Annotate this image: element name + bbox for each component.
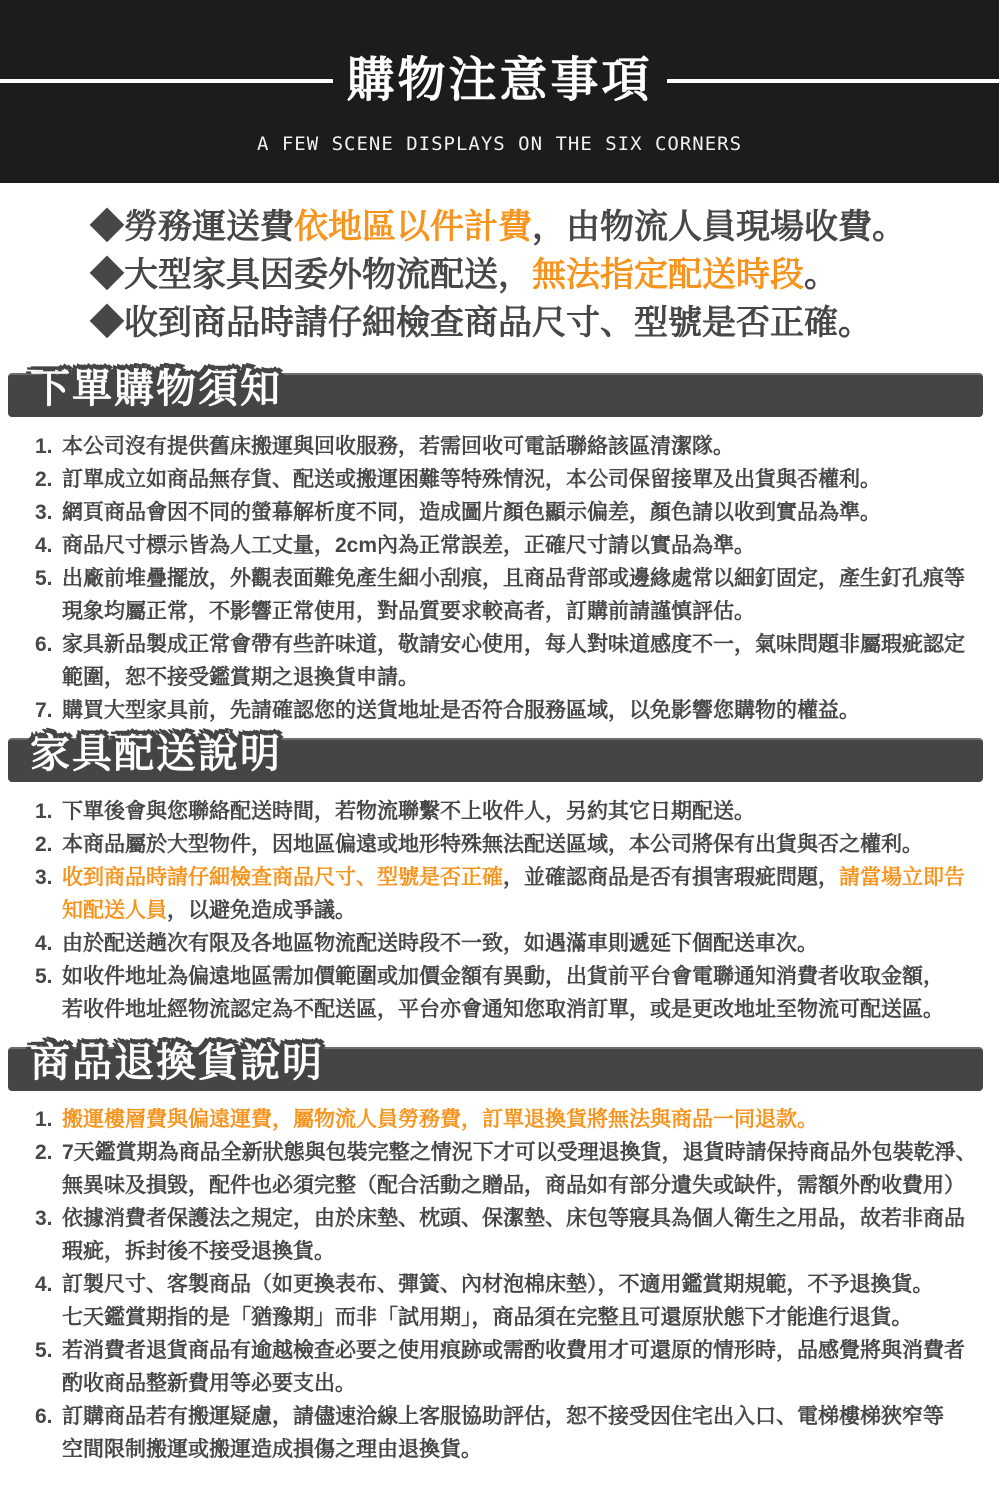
- section: 下單購物須知1.本公司沒有提供舊床搬運與回收服務，若需回收可電話聯絡該區清潔隊。…: [0, 373, 999, 727]
- text-segment: 家具新品製成正常會帶有些許味道，敬請安心使用，每人對味道感度不一，氣味問題非屬瑕…: [62, 633, 965, 689]
- item-text: 本公司沒有提供舊床搬運與回收服務，若需回收可電話聯絡該區清潔隊。: [62, 435, 734, 458]
- diamond-bullet-icon: ◆: [90, 256, 124, 294]
- item-number: 4.: [35, 529, 53, 562]
- notice-line: ◆大型家具因委外物流配送，無法指定配送時段。: [90, 251, 999, 299]
- list-item: 3.收到商品時請仔細檢查商品尺寸、型號是否正確，並確認商品是否有損害瑕疵問題，請…: [35, 861, 989, 927]
- item-number: 5.: [35, 562, 53, 595]
- section-title: 家具配送說明: [30, 734, 282, 774]
- notice-line: ◆勞務運送費依地區以件計費，由物流人員現場收費。: [90, 203, 999, 251]
- item-number: 4.: [35, 927, 53, 960]
- list-item: 1.搬運樓層費與偏遠運費，屬物流人員勞務費，訂單退換貨將無法與商品一同退款。: [35, 1103, 989, 1136]
- item-number: 1.: [35, 430, 53, 463]
- item-number: 5.: [35, 1334, 53, 1367]
- list-item: 4.訂製尺寸、客製商品（如更換表布、彈簧、內材泡棉床墊），不適用鑑賞期規範，不予…: [35, 1268, 989, 1334]
- list-item: 4.由於配送趟次有限及各地區物流配送時段不一致，如遇滿車則遞延下個配送車次。: [35, 927, 989, 960]
- text-segment: 若消費者退貨商品有逾越檢查必要之使用痕跡或需酌收費用才可還原的情形時，品感覺將與…: [62, 1339, 965, 1395]
- item-number: 4.: [35, 1268, 53, 1301]
- page-subtitle: A FEW SCENE DISPLAYS ON THE SIX CORNERS: [0, 133, 999, 155]
- diamond-bullet-icon: ◆: [90, 304, 124, 342]
- text-segment: 訂製尺寸、客製商品（如更換表布、彈簧、內材泡棉床墊），不適用鑑賞期規範，不予退換…: [62, 1273, 934, 1329]
- item-text: 購買大型家具前，先請確認您的送貨地址是否符合服務區域，以免影響您購物的權益。: [62, 699, 860, 722]
- list-item: 5.出廠前堆疊擺放，外觀表面難免產生細小刮痕，且商品背部或邊緣處常以細釘固定，產…: [35, 562, 989, 628]
- item-text: 收到商品時請仔細檢查商品尺寸、型號是否正確，並確認商品是否有損害瑕疵問題，請當場…: [62, 866, 965, 922]
- list-item: 3.網頁商品會因不同的螢幕解析度不同，造成圖片顏色顯示偏差，顏色請以收到實品為準…: [35, 496, 989, 529]
- text-segment: 收到商品時請仔細檢查商品尺寸、型號是否正確: [62, 866, 503, 889]
- list-item: 1.下單後會與您聯絡配送時間，若物流聯繫不上收件人，另約其它日期配送。: [35, 795, 989, 828]
- text-segment: ，由物流人員現場收費。: [532, 208, 906, 246]
- section-header-bar: 下單購物須知: [8, 373, 983, 417]
- list-item: 1.本公司沒有提供舊床搬運與回收服務，若需回收可電話聯絡該區清潔隊。: [35, 430, 989, 463]
- item-text: 由於配送趟次有限及各地區物流配送時段不一致，如遇滿車則遞延下個配送車次。: [62, 932, 818, 955]
- item-text: 如收件地址為偏遠地區需加價範圍或加價金額有異動，出貨前平台會電聯通知消費者收取金…: [62, 965, 944, 1021]
- top-header: 購物注意事項 A FEW SCENE DISPLAYS ON THE SIX C…: [0, 0, 999, 183]
- item-text: 依據消費者保護法之規定，由於床墊、枕頭、保潔墊、床包等寢具為個人衛生之用品，故若…: [62, 1207, 965, 1263]
- item-text: 訂單成立如商品無存貨、配送或搬運困難等特殊情況，本公司保留接單及出貨與否權利。: [62, 468, 881, 491]
- text-segment: 本公司沒有提供舊床搬運與回收服務，若需回收可電話聯絡該區清潔隊。: [62, 435, 734, 458]
- item-number: 3.: [35, 861, 53, 894]
- list-item: 3.依據消費者保護法之規定，由於床墊、枕頭、保潔墊、床包等寢具為個人衛生之用品，…: [35, 1202, 989, 1268]
- item-text: 7天鑑賞期為商品全新狀態與包裝完整之情況下才可以受理退換貨，退貨時請保持商品外包…: [62, 1141, 977, 1197]
- text-segment: ，並確認商品是否有損害瑕疵問題，: [503, 866, 839, 889]
- list-item: 4.商品尺寸標示皆為人工丈量，2cm內為正常誤差，正確尺寸請以實品為準。: [35, 529, 989, 562]
- item-number: 5.: [35, 960, 53, 993]
- text-segment: 收到商品時請仔細檢查商品尺寸、型號是否正確。: [124, 304, 872, 342]
- item-number: 3.: [35, 496, 53, 529]
- text-segment: 7天鑑賞期為商品全新狀態與包裝完整之情況下才可以受理退換貨，退貨時請保持商品外包…: [62, 1141, 977, 1197]
- item-number: 2.: [35, 463, 53, 496]
- section-title: 商品退換貨說明: [30, 1043, 324, 1083]
- item-text: 訂購商品若有搬運疑慮，請儘速洽線上客服協助評估，恕不接受因住宅出入口、電梯樓梯狹…: [62, 1405, 944, 1461]
- text-segment: 下單後會與您聯絡配送時間，若物流聯繫不上收件人，另約其它日期配送。: [62, 800, 755, 823]
- item-text: 下單後會與您聯絡配送時間，若物流聯繫不上收件人，另約其它日期配送。: [62, 800, 755, 823]
- list-item: 6.訂購商品若有搬運疑慮，請儘速洽線上客服協助評估，恕不接受因住宅出入口、電梯樓…: [35, 1400, 989, 1466]
- text-segment: 本商品屬於大型物件，因地區偏遠或地形特殊無法配送區域，本公司將保有出貨與否之權利…: [62, 833, 923, 856]
- text-segment: ，以避免造成爭議。: [167, 899, 356, 922]
- list-item: 2.訂單成立如商品無存貨、配送或搬運困難等特殊情況，本公司保留接單及出貨與否權利…: [35, 463, 989, 496]
- section-header-bar: 家具配送說明: [8, 738, 983, 782]
- text-segment: 如收件地址為偏遠地區需加價範圍或加價金額有異動，出貨前平台會電聯通知消費者收取金…: [62, 965, 944, 1021]
- text-segment: 大型家具因委外物流配送，: [124, 256, 532, 294]
- text-segment: 購買大型家具前，先請確認您的送貨地址是否符合服務區域，以免影響您購物的權益。: [62, 699, 860, 722]
- list-item: 2.7天鑑賞期為商品全新狀態與包裝完整之情況下才可以受理退換貨，退貨時請保持商品…: [35, 1136, 989, 1202]
- item-number: 1.: [35, 1103, 53, 1136]
- item-text: 訂製尺寸、客製商品（如更換表布、彈簧、內材泡棉床墊），不適用鑑賞期規範，不予退換…: [62, 1273, 934, 1329]
- item-number: 3.: [35, 1202, 53, 1235]
- text-segment: 依地區以件計費: [294, 208, 532, 246]
- text-segment: 訂單成立如商品無存貨、配送或搬運困難等特殊情況，本公司保留接單及出貨與否權利。: [62, 468, 881, 491]
- text-segment: 商品尺寸標示皆為人工丈量，2cm內為正常誤差，正確尺寸請以實品為準。: [62, 534, 755, 557]
- diamond-bullet-icon: ◆: [90, 208, 124, 246]
- item-text: 本商品屬於大型物件，因地區偏遠或地形特殊無法配送區域，本公司將保有出貨與否之權利…: [62, 833, 923, 856]
- notice-line: ◆收到商品時請仔細檢查商品尺寸、型號是否正確。: [90, 299, 999, 347]
- text-segment: 網頁商品會因不同的螢幕解析度不同，造成圖片顏色顯示偏差，顏色請以收到實品為準。: [62, 501, 881, 524]
- text-segment: 由於配送趟次有限及各地區物流配送時段不一致，如遇滿車則遞延下個配送車次。: [62, 932, 818, 955]
- item-text: 出廠前堆疊擺放，外觀表面難免產生細小刮痕，且商品背部或邊緣處常以細釘固定，產生釘…: [62, 567, 965, 623]
- item-number: 2.: [35, 828, 53, 861]
- section-list: 1.本公司沒有提供舊床搬運與回收服務，若需回收可電話聯絡該區清潔隊。2.訂單成立…: [0, 417, 999, 727]
- list-item: 6.家具新品製成正常會帶有些許味道，敬請安心使用，每人對味道感度不一，氣味問題非…: [35, 628, 989, 694]
- text-segment: 訂購商品若有搬運疑慮，請儘速洽線上客服協助評估，恕不接受因住宅出入口、電梯樓梯狹…: [62, 1405, 944, 1461]
- item-text: 若消費者退貨商品有逾越檢查必要之使用痕跡或需酌收費用才可還原的情形時，品感覺將與…: [62, 1339, 965, 1395]
- text-segment: 搬運樓層費與偏遠運費，屬物流人員勞務費，訂單退換貨將無法與商品一同退款。: [62, 1108, 818, 1131]
- item-number: 2.: [35, 1136, 53, 1169]
- list-item: 7.購買大型家具前，先請確認您的送貨地址是否符合服務區域，以免影響您購物的權益。: [35, 694, 989, 727]
- item-number: 1.: [35, 795, 53, 828]
- item-number: 6.: [35, 628, 53, 661]
- item-number: 7.: [35, 694, 53, 727]
- sections: 下單購物須知1.本公司沒有提供舊床搬運與回收服務，若需回收可電話聯絡該區清潔隊。…: [0, 373, 999, 1466]
- section-list: 1.下單後會與您聯絡配送時間，若物流聯繫不上收件人，另約其它日期配送。2.本商品…: [0, 782, 999, 1026]
- page: 購物注意事項 A FEW SCENE DISPLAYS ON THE SIX C…: [0, 0, 999, 1500]
- section-header-bar: 商品退換貨說明: [8, 1047, 983, 1091]
- text-segment: 。: [804, 256, 838, 294]
- list-item: 2.本商品屬於大型物件，因地區偏遠或地形特殊無法配送區域，本公司將保有出貨與否之…: [35, 828, 989, 861]
- text-segment: 無法指定配送時段: [532, 256, 804, 294]
- item-number: 6.: [35, 1400, 53, 1433]
- title-row: 購物注意事項: [0, 0, 999, 105]
- section-list: 1.搬運樓層費與偏遠運費，屬物流人員勞務費，訂單退換貨將無法與商品一同退款。2.…: [0, 1091, 999, 1466]
- section: 商品退換貨說明1.搬運樓層費與偏遠運費，屬物流人員勞務費，訂單退換貨將無法與商品…: [0, 1047, 999, 1466]
- list-item: 5.如收件地址為偏遠地區需加價範圍或加價金額有異動，出貨前平台會電聯通知消費者收…: [35, 960, 989, 1026]
- section: 家具配送說明1.下單後會與您聯絡配送時間，若物流聯繫不上收件人，另約其它日期配送…: [0, 738, 999, 1026]
- text-segment: 勞務運送費: [124, 208, 294, 246]
- header-rule-left: [0, 79, 333, 83]
- item-text: 網頁商品會因不同的螢幕解析度不同，造成圖片顏色顯示偏差，顏色請以收到實品為準。: [62, 501, 881, 524]
- notices: ◆勞務運送費依地區以件計費，由物流人員現場收費。◆大型家具因委外物流配送，無法指…: [90, 203, 999, 347]
- page-title: 購物注意事項: [347, 57, 653, 105]
- item-text: 商品尺寸標示皆為人工丈量，2cm內為正常誤差，正確尺寸請以實品為準。: [62, 534, 755, 557]
- text-segment: 出廠前堆疊擺放，外觀表面難免產生細小刮痕，且商品背部或邊緣處常以細釘固定，產生釘…: [62, 567, 965, 623]
- header-rule-right: [667, 79, 999, 83]
- list-item: 5.若消費者退貨商品有逾越檢查必要之使用痕跡或需酌收費用才可還原的情形時，品感覺…: [35, 1334, 989, 1400]
- section-title: 下單購物須知: [30, 369, 282, 409]
- item-text: 家具新品製成正常會帶有些許味道，敬請安心使用，每人對味道感度不一，氣味問題非屬瑕…: [62, 633, 965, 689]
- text-segment: 依據消費者保護法之規定，由於床墊、枕頭、保潔墊、床包等寢具為個人衛生之用品，故若…: [62, 1207, 965, 1263]
- item-text: 搬運樓層費與偏遠運費，屬物流人員勞務費，訂單退換貨將無法與商品一同退款。: [62, 1108, 818, 1131]
